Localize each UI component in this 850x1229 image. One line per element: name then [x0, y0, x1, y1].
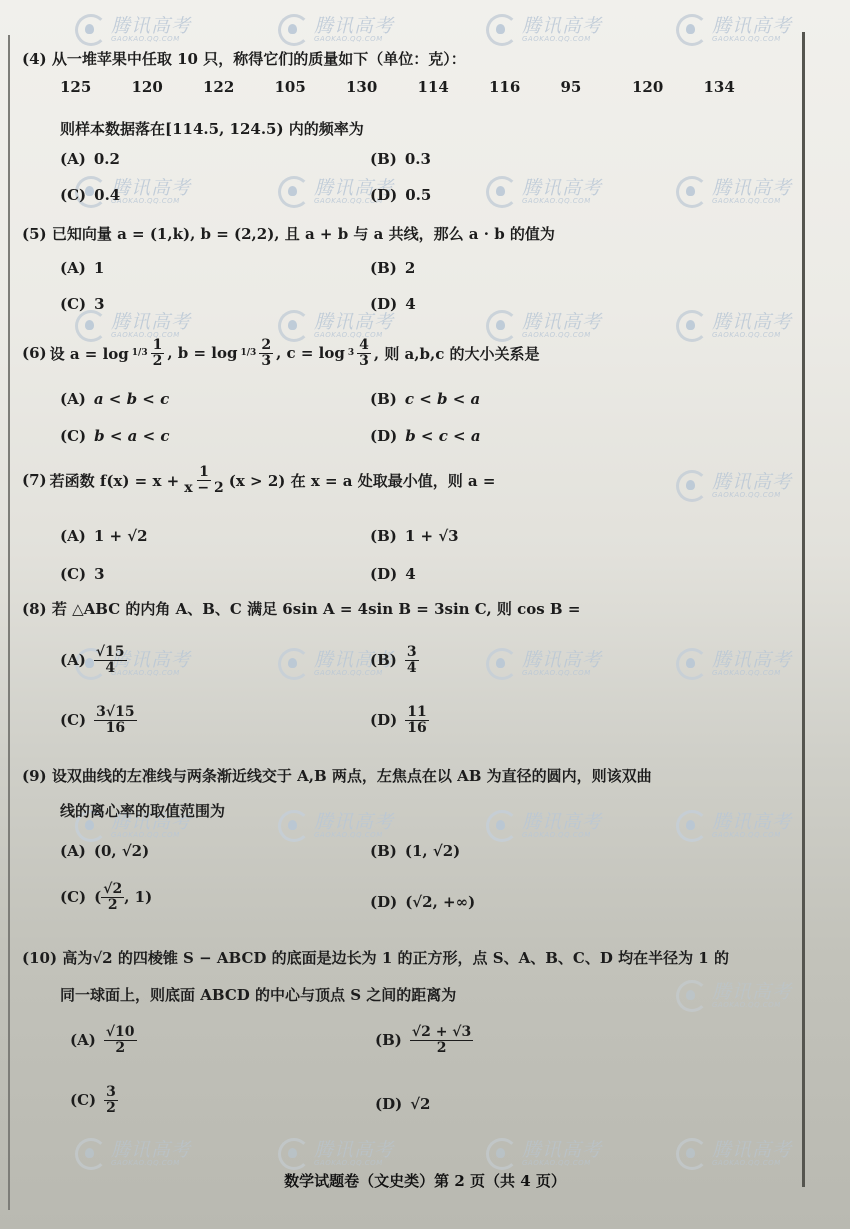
watermark: 腾讯高考GAOKAO.QQ.COM	[676, 980, 792, 1012]
question-10-stem: (10) 高为√2 的四棱锥 S − ABCD 的底面是边长为 1 的正方形，点…	[22, 947, 729, 968]
question-8-option-b[interactable]: (B)34	[370, 645, 419, 675]
question-5-stem: (5) 已知向量 a = (1,k), b = (2,2), 且 a + b 与…	[22, 223, 555, 244]
watermark: 腾讯高考GAOKAO.QQ.COM	[676, 1138, 792, 1170]
fraction: √102	[104, 1025, 137, 1055]
page-footer: 数学试题卷（文史类）第 2 页（共 4 页）	[0, 1170, 850, 1191]
watermark-logo-icon	[75, 14, 107, 46]
question-6-stem: (6) 设 a = log1/3 12 , b = log1/3 23 , c …	[22, 338, 540, 368]
fraction: 3√1516	[94, 705, 136, 735]
question-9-stem: (9) 设双曲线的左准线与两条渐近线交于 A,B 两点，左焦点在以 AB 为直径…	[22, 765, 652, 786]
question-4-option-d[interactable]: (D)0.5	[370, 186, 431, 204]
fraction: 1x − 2	[182, 465, 226, 495]
question-5-option-b[interactable]: (B)2	[370, 259, 415, 277]
watermark: 腾讯高考GAOKAO.QQ.COM	[486, 1138, 602, 1170]
watermark-logo-icon	[278, 1138, 310, 1170]
watermark: 腾讯高考GAOKAO.QQ.COM	[278, 1138, 394, 1170]
question-5-option-d[interactable]: (D)4	[370, 295, 416, 313]
watermark-logo-icon	[486, 810, 518, 842]
question-9-stem2: 线的离心率的取值范围为	[60, 800, 225, 821]
question-4-option-a[interactable]: (A)0.2	[60, 150, 120, 168]
watermark: 腾讯高考GAOKAO.QQ.COM	[278, 14, 394, 46]
watermark: 腾讯高考GAOKAO.QQ.COM	[486, 176, 602, 208]
watermark: 腾讯高考GAOKAO.QQ.COM	[486, 14, 602, 46]
question-4-stem: (4) 从一堆苹果中任取 10 只，称得它们的质量如下（单位：克）：	[22, 48, 466, 69]
fraction: √22	[101, 882, 124, 912]
fraction: 34	[405, 645, 419, 675]
question-4-option-b[interactable]: (B)0.3	[370, 150, 431, 168]
watermark: 腾讯高考GAOKAO.QQ.COM	[676, 648, 792, 680]
question-10-option-a[interactable]: (A)√102	[70, 1025, 137, 1055]
question-10-option-c[interactable]: (C)32	[70, 1085, 118, 1115]
fraction: 23	[259, 338, 273, 368]
question-6-option-c[interactable]: (C)b < a < c	[60, 427, 170, 445]
question-7-option-c[interactable]: (C)3	[60, 565, 105, 583]
watermark: 腾讯高考GAOKAO.QQ.COM	[676, 810, 792, 842]
watermark: 腾讯高考GAOKAO.QQ.COM	[486, 810, 602, 842]
watermark: 腾讯高考GAOKAO.QQ.COM	[486, 648, 602, 680]
question-5-option-a[interactable]: (A)1	[60, 259, 104, 277]
question-10-option-d[interactable]: (D)√2	[375, 1095, 431, 1113]
question-9-option-b[interactable]: (B)(1, √2)	[370, 842, 460, 860]
question-7-option-a[interactable]: (A)1 + √2	[60, 527, 148, 545]
question-4-option-c[interactable]: (C)0.4	[60, 186, 120, 204]
watermark: 腾讯高考GAOKAO.QQ.COM	[676, 14, 792, 46]
fraction: √2 + √32	[410, 1025, 473, 1055]
watermark-logo-icon	[278, 14, 310, 46]
fraction: 43	[357, 338, 371, 368]
watermark-logo-icon	[676, 648, 708, 680]
watermark: 腾讯高考GAOKAO.QQ.COM	[676, 470, 792, 502]
watermark: 腾讯高考GAOKAO.QQ.COM	[278, 810, 394, 842]
watermark-logo-icon	[486, 1138, 518, 1170]
watermark-logo-icon	[676, 1138, 708, 1170]
watermark-logo-icon	[676, 980, 708, 1012]
fraction: √154	[94, 645, 127, 675]
question-7-option-d[interactable]: (D)4	[370, 565, 416, 583]
watermark: 腾讯高考GAOKAO.QQ.COM	[676, 310, 792, 342]
question-8-option-a[interactable]: (A)√154	[60, 645, 127, 675]
watermark: 腾讯高考GAOKAO.QQ.COM	[75, 14, 191, 46]
watermark-logo-icon	[486, 14, 518, 46]
fraction: 12	[151, 338, 165, 368]
watermark-logo-icon	[278, 176, 310, 208]
question-4-stem2: 则样本数据落在[114.5, 124.5) 内的频率为	[60, 118, 364, 139]
watermark-logo-icon	[676, 810, 708, 842]
question-8-stem: (8) 若 △ABC 的内角 A、B、C 满足 6sin A = 4sin B …	[22, 598, 580, 619]
question-6-option-a[interactable]: (A)a < b < c	[60, 390, 169, 408]
fraction: 32	[104, 1085, 118, 1115]
question-10-option-b[interactable]: (B)√2 + √32	[375, 1025, 473, 1055]
question-10-stem2: 同一球面上，则底面 ABCD 的中心与顶点 S 之间的距离为	[60, 984, 456, 1005]
question-6-option-d[interactable]: (D)b < c < a	[370, 427, 481, 445]
question-8-option-c[interactable]: (C)3√1516	[60, 705, 137, 735]
watermark-logo-icon	[676, 310, 708, 342]
question-8-option-d[interactable]: (D)1116	[370, 705, 429, 735]
watermark-logo-icon	[676, 470, 708, 502]
question-4-data: 125 120 122 105 130 114 116 95 120 134	[60, 78, 775, 96]
watermark-logo-icon	[75, 1138, 107, 1170]
watermark-logo-icon	[486, 648, 518, 680]
watermark-logo-icon	[278, 648, 310, 680]
watermark-logo-icon	[486, 176, 518, 208]
question-9-option-a[interactable]: (A)(0, √2)	[60, 842, 149, 860]
watermark-logo-icon	[676, 176, 708, 208]
left-margin-rule	[8, 35, 10, 1210]
watermark: 腾讯高考GAOKAO.QQ.COM	[75, 1138, 191, 1170]
fraction: 1116	[405, 705, 428, 735]
question-7-option-b[interactable]: (B)1 + √3	[370, 527, 459, 545]
exam-page: 腾讯高考GAOKAO.QQ.COM 腾讯高考GAOKAO.QQ.COM 腾讯高考…	[0, 0, 850, 1229]
watermark-logo-icon	[278, 810, 310, 842]
watermark-logo-icon	[676, 14, 708, 46]
question-5-option-c[interactable]: (C)3	[60, 295, 105, 313]
question-7-stem: (7) 若函数 f(x) = x + 1x − 2 (x > 2) 在 x = …	[22, 465, 495, 495]
watermark: 腾讯高考GAOKAO.QQ.COM	[676, 176, 792, 208]
right-margin-rule	[802, 32, 805, 1187]
question-6-option-b[interactable]: (B)c < b < a	[370, 390, 480, 408]
question-9-option-c[interactable]: (C)(√22, 1)	[60, 882, 152, 912]
question-9-option-d[interactable]: (D)(√2, +∞)	[370, 893, 475, 911]
